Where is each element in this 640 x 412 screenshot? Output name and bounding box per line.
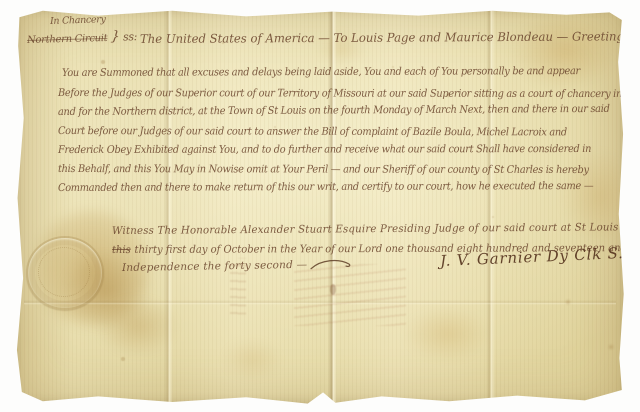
foxing-speckles	[12, 6, 14, 8]
embossed-seal-inner-ring	[38, 247, 90, 297]
pen-flourish	[309, 257, 353, 272]
body-line: Before the Judges of our Superior court …	[58, 87, 622, 100]
scilicet-abbreviation: ss:	[123, 30, 137, 43]
manuscript-paper-sheet: In Chancery Northern Circuit}ss: The Uni…	[12, 6, 628, 406]
margin-note-line1: In Chancery	[50, 14, 106, 27]
ink-bleed-through	[294, 264, 406, 326]
ink-smudge	[330, 284, 336, 295]
brace-flourish: }	[111, 28, 121, 45]
stain	[212, 332, 292, 387]
scanned-document-page: In Chancery Northern Circuit}ss: The Uni…	[0, 0, 640, 412]
closing-line-text: Independence the forty second —	[122, 259, 307, 274]
struck-word: this	[112, 244, 131, 256]
body-line: You are Summoned that all excuses and de…	[62, 65, 580, 79]
stain	[82, 286, 192, 366]
embossed-seal	[26, 236, 104, 310]
margin-note-text: Northern Circuit	[27, 33, 108, 46]
body-line: Commanded then and there to make return …	[58, 180, 593, 194]
body-line: Court before our Judges of our said cour…	[58, 125, 567, 138]
body-line: this Behalf, and this You May in Nowise …	[58, 163, 589, 176]
margin-note-line2: Northern Circuit}ss:	[27, 28, 138, 47]
body-line: Frederick Obey Exhibited against You, an…	[58, 143, 591, 156]
caption-line: The United States of America — To Louis …	[140, 29, 639, 46]
